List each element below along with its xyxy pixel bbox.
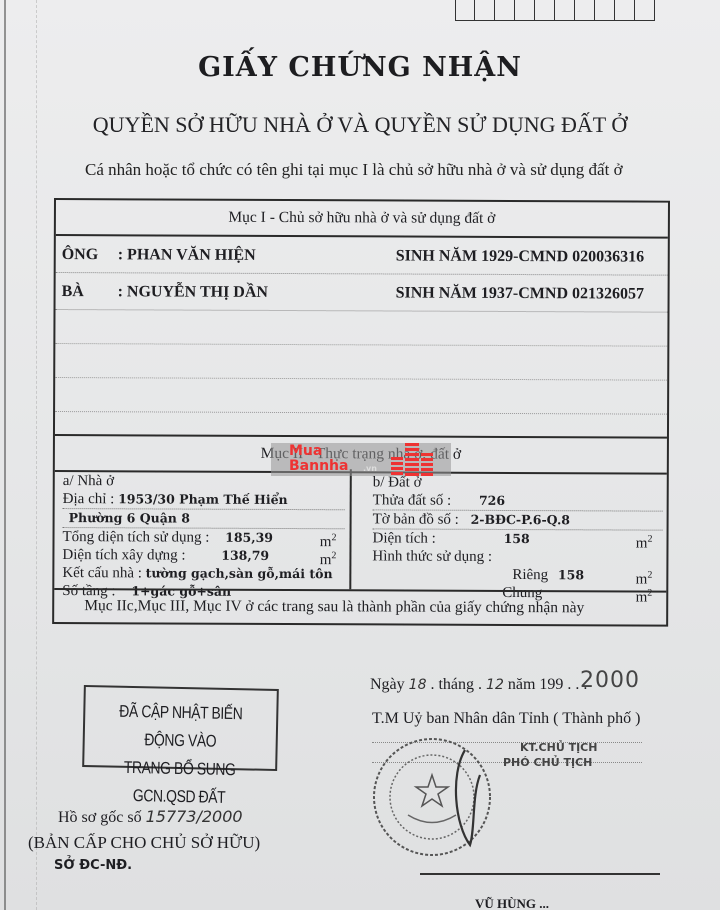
plot-value: 726 (479, 493, 505, 508)
map-value: 2-BĐC-P.6-Q.8 (471, 512, 570, 527)
blank-line (55, 310, 667, 347)
owner-title: ÔNG (62, 246, 99, 264)
blank-line (55, 344, 667, 381)
serial-number-boxes (455, 0, 655, 21)
intro-text: Cá nhân hoặc tổ chức có tên ghi tại mục … (85, 160, 623, 180)
total-area-line: Tổng diện tích sử dụng : 185,39 m2 (62, 528, 344, 547)
land-heading: b/ Đất ở (373, 473, 663, 492)
owner-row: ÔNG : PHAN VĂN HIỆN SINH NĂM 1929-CMND 0… (56, 236, 668, 276)
map-line: Tờ bản đồ số : 2-BĐC-P.6-Q.8 (373, 510, 663, 530)
built-area-value: 138,79 (221, 548, 269, 563)
owner-name: : PHAN VĂN HIỆN (118, 246, 256, 265)
address-value: 1953/30 Phạm Thế Hiển (118, 491, 288, 507)
owner-birth-id: SINH NĂM 1929-CMND 020036316 (396, 247, 645, 266)
year-handwritten: 2000 (580, 668, 640, 693)
month-handwritten: 12 (486, 677, 504, 693)
area-line: Diện tích : 158 m2 (372, 529, 662, 548)
address-line: Địa chỉ : 1953/30 Phạm Thế Hiển (63, 490, 345, 510)
owner-name: : NGUYỄN THỊ DẦN (118, 283, 268, 302)
address-line2: Phường 6 Quận 8 (63, 509, 345, 529)
land-info: b/ Đất ở Thửa đất số : 726 Tờ bản đồ số … (372, 473, 663, 602)
private-value: 158 (558, 567, 584, 582)
department-label: SỞ ĐC-NĐ. (54, 858, 132, 873)
day-handwritten: 18 (409, 677, 427, 693)
owner-birth-id: SINH NĂM 1937-CMND 021326057 (396, 284, 645, 303)
copy-note: (BẢN CẤP CHO CHỦ SỞ HỮU) (28, 833, 260, 853)
certificate-page: GIẤY CHỨNG NHẬN QUYỀN SỞ HỮU NHÀ Ở VÀ QU… (0, 0, 720, 910)
watermark-logo: Mua Bannha .vn (271, 443, 451, 476)
structure-value: tường gạch,sàn gỗ,mái tôn (146, 565, 333, 581)
land-area-value: 158 (504, 531, 530, 546)
stamp-title: KT.CHỦ TỊCH (520, 741, 597, 754)
stamp-subtitle: PHÓ CHỦ TỊCH (503, 756, 592, 769)
column-divider (349, 469, 352, 589)
blank-line (55, 378, 667, 415)
plot-line: Thửa đất số : 726 (373, 491, 663, 511)
record-number-handwritten: 15773/2000 (146, 807, 243, 826)
structure-line: Kết cấu nhà : tường gạch,sàn gỗ,mái tôn (62, 564, 344, 583)
committee-label: T.M Uỷ ban Nhân dân Tỉnh ( Thành phố ) (372, 710, 640, 728)
official-seal-icon (370, 735, 495, 860)
usage-line: Hình thức sử dụng : (372, 547, 662, 566)
signature-line (420, 873, 660, 875)
owner-row: BÀ : NGUYỄN THỊ DẦN SINH NĂM 1937-CMND 0… (56, 273, 668, 313)
document-title: GIẤY CHỨNG NHẬN (0, 52, 720, 83)
main-form-box: Mục I - Chủ sở hữu nhà ở và sử dụng đất … (52, 198, 670, 627)
private-line: Riêng 158 m2 (372, 565, 662, 584)
owner-title: BÀ (62, 283, 84, 301)
house-info: a/ Nhà ở Địa chỉ : 1953/30 Phạm Thế Hiển… (62, 472, 345, 601)
issue-date: Ngày 18 . tháng . 12 năm 199 . . . (370, 676, 587, 694)
total-area-value: 185,39 (225, 530, 273, 545)
address-value-2: Phường 6 Quận 8 (69, 510, 190, 526)
record-number: Hồ sơ gốc số 15773/2000 (58, 807, 243, 827)
section-footer-note: Mục IIc,Mục III, Mục IV ở các trang sau … (54, 588, 666, 627)
built-area-line: Diện tích xây dựng : 138,79 m2 (62, 546, 344, 565)
section1-heading: Mục I - Chủ sở hữu nhà ở và sử dụng đất … (56, 200, 668, 239)
signer-name: VŨ HÙNG ... (475, 896, 549, 910)
document-subtitle: QUYỀN SỞ HỮU NHÀ Ở VÀ QUYỀN SỬ DỤNG ĐẤT … (0, 112, 720, 138)
update-stamp: ĐÃ CẬP NHẬT BIẾN ĐỘNG VÀO TRANG BỔ SUNG … (82, 685, 279, 771)
